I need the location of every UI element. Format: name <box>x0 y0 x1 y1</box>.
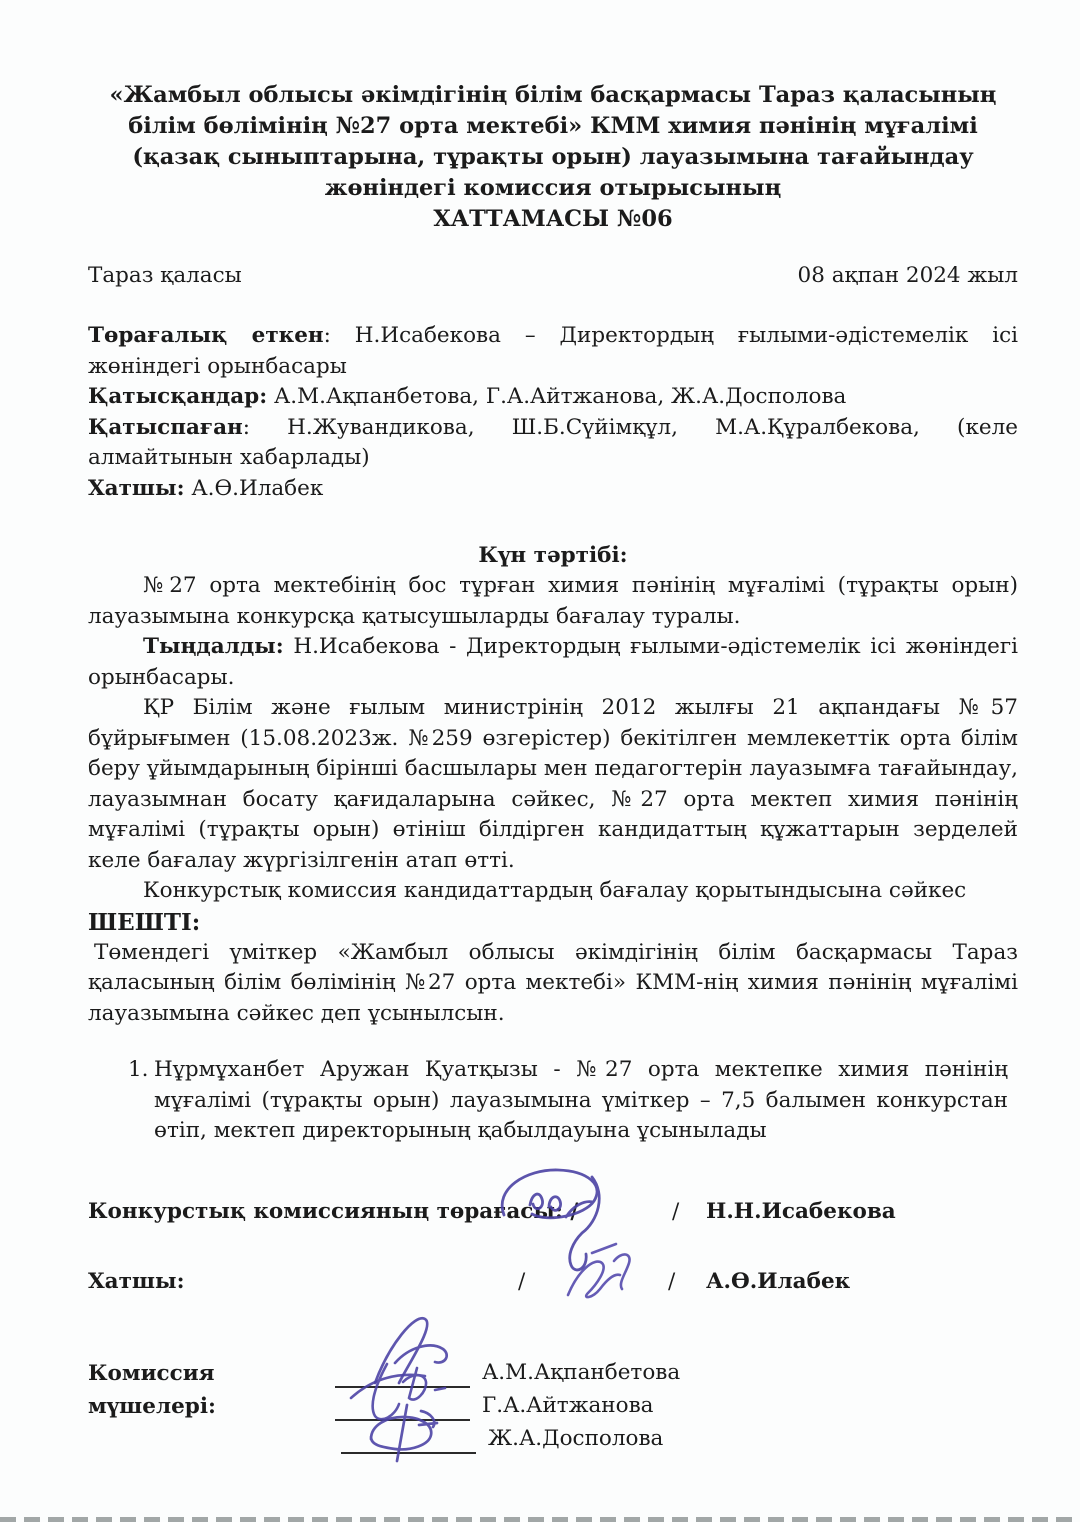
decision-paragraph: Төмендегі үміткер «Жамбыл облысы әкімдіг… <box>88 938 1018 1030</box>
chair-label: Төрағалық еткен <box>88 323 324 348</box>
chairman-slash: / <box>672 1195 679 1229</box>
member-row: Г.А.Айтжанова <box>335 1390 1018 1423</box>
signature-line <box>341 1426 476 1454</box>
document-title: «Жамбыл облысы әкімдігінің білім басқарм… <box>88 80 1018 204</box>
secretary-signature-row: Хатшы: / / А.Ө.Илабек <box>88 1265 1018 1299</box>
member-row: А.М.Ақпанбетова <box>335 1357 1018 1390</box>
date-label: 08 ақпан 2024 жыл <box>798 261 1018 291</box>
secretary-text: А.Ө.Илабек <box>185 476 324 501</box>
attended-label: Қатысқандар: <box>88 384 267 409</box>
members-label: Комиссия мүшелері: <box>88 1357 335 1456</box>
chair-line: Төрағалық еткен: Н.Исабекова – Директорд… <box>88 321 1018 382</box>
chairman-label: Конкурстық комиссияның төрағасы: / <box>88 1199 578 1224</box>
absent-line: Қатыспаған: Н.Жувандикова, Ш.Б.Сүйімқұл,… <box>88 413 1018 474</box>
decided-heading: ШЕШТІ: <box>88 907 1018 938</box>
chairman-signature-row: Конкурстық комиссияның төрағасы: / / Н.Н… <box>88 1195 1018 1229</box>
decision-item: 1. Нұрмұханбет Аружан Қуатқызы - №27 орт… <box>128 1055 1018 1147</box>
secretary-label: Хатшы: <box>88 476 185 501</box>
conclusion-intro: Конкурстық комиссия кандидаттардың бағал… <box>88 876 1018 907</box>
scan-artifact <box>0 1517 1080 1522</box>
absent-label: Қатыспаған <box>88 415 243 440</box>
decision-item-text: Нұрмұханбет Аружан Қуатқызы - №27 орта м… <box>154 1055 1018 1147</box>
secretary-signature <box>556 1237 666 1317</box>
member-row: Ж.А.Досполова <box>335 1423 1018 1456</box>
heard-label: Тыңдалды: <box>143 634 284 659</box>
members-rows: А.М.Ақпанбетова Г.А.Айтжанова <box>335 1357 1018 1456</box>
heard-paragraph: Тыңдалды: Н.Исабекова - Директордың ғылы… <box>88 632 1018 693</box>
attended-line: Қатысқандар: А.М.Ақпанбетова, Г.А.Айтжан… <box>88 382 1018 413</box>
member-name: Ж.А.Досполова <box>488 1426 663 1451</box>
secretary-sig-label: Хатшы: <box>88 1269 185 1294</box>
order-paragraph: ҚР Білім және ғылым министрінің 2012 жыл… <box>88 693 1018 876</box>
attended-text: А.М.Ақпанбетова, Г.А.Айтжанова, Ж.А.Досп… <box>267 384 846 409</box>
protocol-number: ХАТТАМАСЫ №06 <box>88 204 1018 235</box>
agenda-item-paragraph: №27 орта мектебінің бос тұрған химия пән… <box>88 571 1018 632</box>
document-page: «Жамбыл облысы әкімдігінің білім басқарм… <box>0 0 1080 1522</box>
agenda-heading: Күн тәртібі: <box>88 540 1018 571</box>
secretary-slash-left: / <box>518 1265 525 1299</box>
member-name: Г.А.Айтжанова <box>482 1393 654 1418</box>
decision-list: 1. Нұрмұханбет Аружан Қуатқызы - №27 орт… <box>128 1055 1018 1147</box>
city-label: Тараз қаласы <box>88 261 242 291</box>
participants-block: Төрағалық еткен: Н.Исабекова – Директорд… <box>88 321 1018 504</box>
secretary-name: А.Ө.Илабек <box>706 1265 850 1299</box>
signature-line <box>335 1360 470 1388</box>
secretary-slash-right: / <box>668 1265 675 1299</box>
chairman-name: Н.Н.Исабекова <box>706 1195 896 1229</box>
members-block: Комиссия мүшелері: А.М.Ақпанбетова <box>88 1357 1018 1456</box>
signature-line <box>335 1393 470 1421</box>
decision-item-number: 1. <box>128 1055 154 1147</box>
member-name: А.М.Ақпанбетова <box>482 1360 680 1385</box>
meta-row: Тараз қаласы 08 ақпан 2024 жыл <box>88 261 1018 291</box>
secretary-line: Хатшы: А.Ө.Илабек <box>88 474 1018 505</box>
